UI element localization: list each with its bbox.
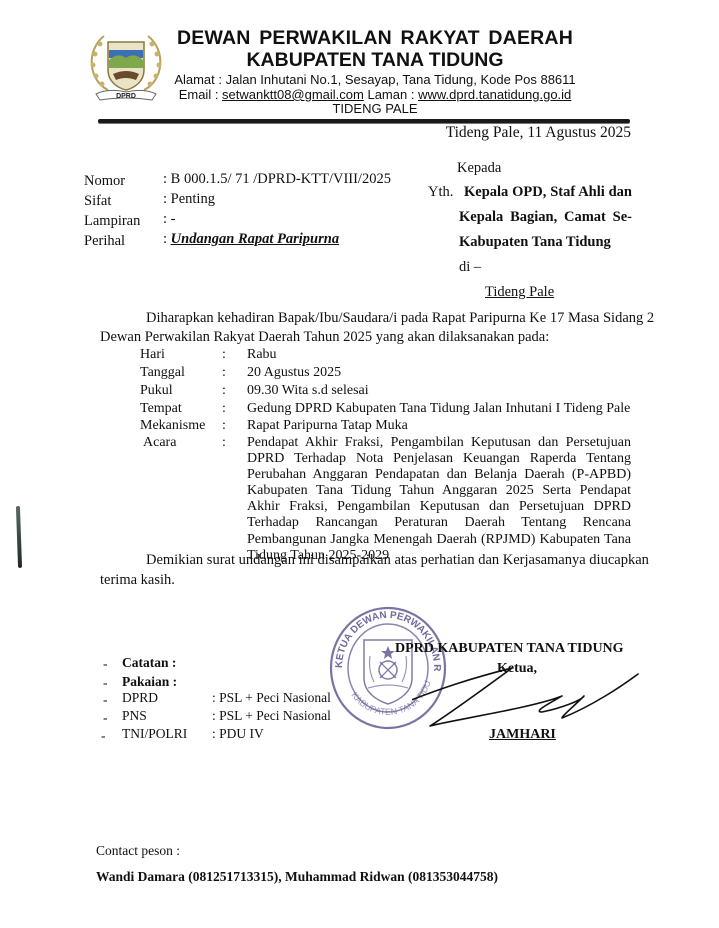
dress-group-tni-polri: TNI/POLRI	[122, 726, 187, 742]
agenda-colon: :	[222, 365, 226, 381]
note-bullet: -	[103, 675, 108, 691]
meta-value-sifat: : Penting	[163, 191, 215, 208]
contact-person-names: Wandi Damara (081251713315), Muhammad Ri…	[96, 869, 498, 885]
meta-value-nomor: : B 000.1.5/ 71 /DPRD-KTT/VIII/2025	[163, 171, 391, 188]
note-bullet: -	[103, 656, 108, 672]
signatory-name: JAMHARI	[489, 727, 556, 743]
agenda-value-tempat: Gedung DPRD Kabupaten Tana Tidung Jalan …	[247, 401, 630, 417]
website-link[interactable]: www.dprd.tanatidung.go.id	[418, 87, 571, 102]
note-bullet: -	[103, 710, 108, 726]
signatory-organization: DPRD KABUPATEN TANA TIDUNG	[395, 641, 624, 657]
agenda-colon: :	[222, 383, 226, 399]
email-label: Email :	[179, 87, 222, 102]
closing-line-1: Demikian surat undangan ini disampaikan …	[146, 552, 649, 569]
note-bullet: -	[101, 728, 106, 744]
agenda-value-pukul: 09.30 Wita s.d selesai	[247, 383, 369, 399]
dress-group-dprd: DPRD	[122, 690, 158, 706]
agenda-value-hari: Rabu	[247, 347, 277, 363]
agenda-value-mekanisme: Rapat Paripurna Tatap Muka	[247, 418, 408, 434]
handwritten-signature-icon	[412, 660, 652, 735]
agenda-label-acara: Acara	[143, 435, 176, 451]
dress-value-dprd: : PSL + Peci Nasional	[212, 690, 331, 706]
dress-group-pns: PNS	[122, 708, 147, 724]
note-bullet: -	[103, 692, 108, 708]
agenda-colon: :	[222, 401, 226, 417]
recipient-di: di –	[459, 259, 481, 276]
agenda-value-acara: Pendapat Akhir Fraksi, Pengambilan Keput…	[247, 435, 631, 564]
recipient-line-3: Kabupaten Tana Tidung	[459, 234, 611, 251]
dprd-emblem-icon: DPRD	[78, 28, 174, 104]
meta-label-lampiran: Lampiran	[84, 213, 140, 230]
closing-line-2: terima kasih.	[100, 572, 175, 589]
letterhead-regency: KABUPATEN TANA TIDUNG	[170, 49, 580, 72]
perihal-subject: Undangan Rapat Paripurna	[171, 231, 339, 247]
meta-value-lampiran: : -	[163, 211, 175, 228]
letterhead-contact: Email : setwanktt08@gmail.com Laman : ww…	[170, 87, 580, 102]
meta-label-sifat: Sifat	[84, 193, 111, 210]
agenda-value-tanggal: 20 Agustus 2025	[247, 365, 341, 381]
agenda-label-tempat: Tempat	[140, 401, 182, 417]
recipient-line-1: Kepala OPD, Staf Ahli dan	[464, 184, 632, 201]
letter-date: Tideng Pale, 11 Agustus 2025	[440, 124, 631, 142]
letterhead-institution: DEWAN PERWAKILAN RAKYAT DAERAH	[170, 27, 580, 50]
meta-label-nomor: Nomor	[84, 173, 125, 190]
agenda-colon: :	[222, 418, 226, 434]
svg-text:DPRD: DPRD	[116, 93, 136, 100]
agenda-label-hari: Hari	[140, 347, 165, 363]
letterhead-city: TIDENG PALE	[170, 101, 580, 116]
contact-person-label: Contact peson :	[96, 843, 180, 859]
recipient-yth: Yth.	[428, 184, 453, 201]
email-link[interactable]: setwanktt08@gmail.com	[222, 87, 364, 102]
intro-line-1: Diharapkan kehadiran Bapak/Ibu/Saudara/i…	[146, 310, 654, 327]
perihal-colon: :	[163, 231, 171, 247]
recipient-place: Tideng Pale	[485, 284, 554, 301]
dress-value-tni-polri: : PDU IV	[212, 726, 264, 742]
agenda-colon: :	[222, 435, 226, 451]
agenda-label-tanggal: Tanggal	[140, 365, 185, 381]
dress-value-pns: : PSL + Peci Nasional	[212, 708, 331, 724]
recipient-line-2: Kepala Bagian, Camat Se-	[459, 209, 632, 226]
letterhead-address: Alamat : Jalan Inhutani No.1, Sesayap, T…	[170, 72, 580, 87]
scan-edge-artifact	[16, 506, 22, 568]
website-label: Laman :	[364, 87, 418, 102]
note-catatan: Catatan :	[122, 655, 176, 671]
meta-value-perihal: : Undangan Rapat Paripurna	[163, 231, 339, 248]
meta-label-perihal: Perihal	[84, 233, 125, 250]
intro-line-2: Dewan Perwakilan Rakyat Daerah Tahun 202…	[100, 329, 549, 346]
recipient-kepada: Kepada	[457, 160, 501, 177]
letterhead-divider	[98, 119, 630, 123]
agenda-label-pukul: Pukul	[140, 383, 173, 399]
agenda-label-mekanisme: Mekanisme	[140, 418, 205, 434]
note-pakaian: Pakaian :	[122, 674, 177, 690]
agenda-colon: :	[222, 347, 226, 363]
